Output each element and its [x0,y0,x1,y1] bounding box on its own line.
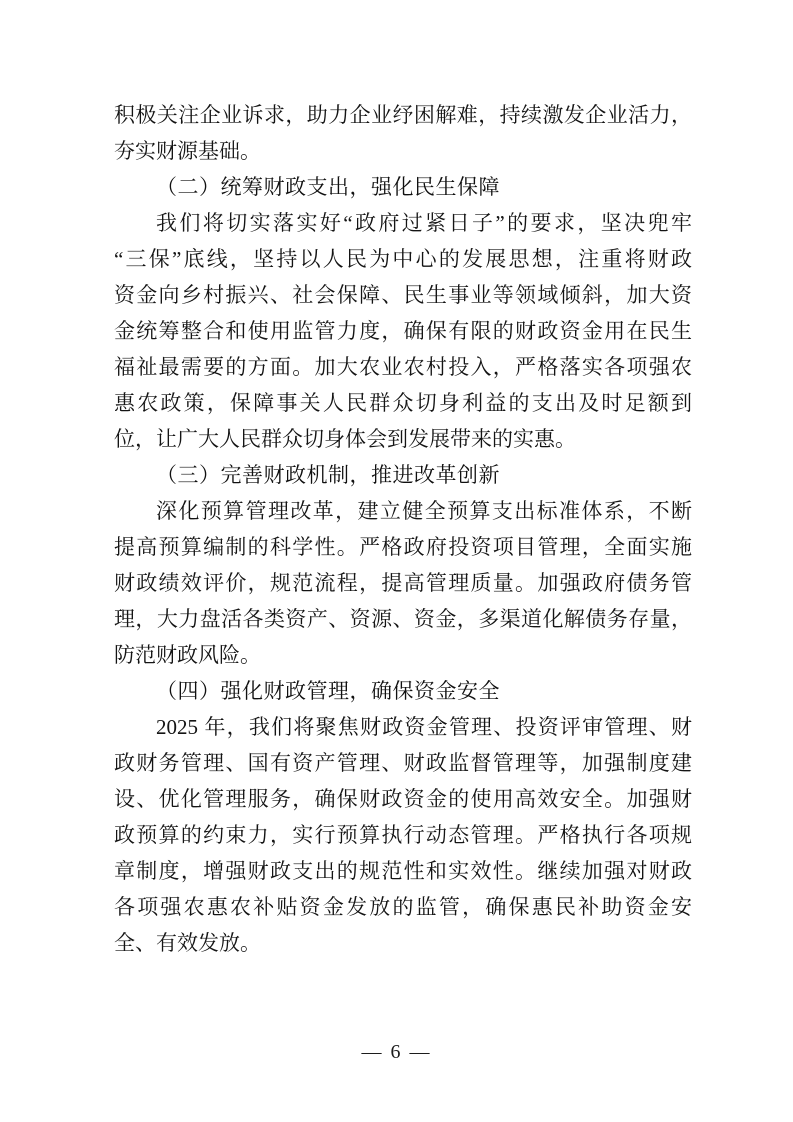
paragraph: 深化预算管理改革，建立健全预算支出标准体系，不断提高预算编制的科学性。严格政府投… [114,493,692,673]
document-body: 积极关注企业诉求，助力企业纾困解难，持续激发企业活力，夯实财源基础。（二）统筹财… [114,97,692,961]
body-text-line: 财政绩效评价，规范流程，提高管理质量。加强政府债务管 [114,565,692,601]
section-heading-text: （四）强化财政管理，确保资金安全 [114,673,692,709]
body-text-line: 提高预算编制的科学性。严格政府投资项目管理，全面实施 [114,529,692,565]
body-text-line: 金统筹整合和使用监管力度，确保有限的财政资金用在民生 [114,313,692,349]
body-text-line: 夯实财源基础。 [114,133,692,169]
body-text-line: 位，让广大人民群众切身体会到发展带来的实惠。 [114,421,692,457]
document-page: 积极关注企业诉求，助力企业纾困解难，持续激发企业活力，夯实财源基础。（二）统筹财… [0,0,793,1122]
body-text-line: 理，大力盘活各类资产、资源、资金，多渠道化解债务存量， [114,601,692,637]
body-text-line: 深化预算管理改革，建立健全预算支出标准体系，不断 [114,493,692,529]
section-heading: （三）完善财政机制，推进改革创新 [114,457,692,493]
body-text-line: 积极关注企业诉求，助力企业纾困解难，持续激发企业活力， [114,97,692,133]
section-heading: （二）统筹财政支出，强化民生保障 [114,169,692,205]
body-text-line: 资金向乡村振兴、社会保障、民生事业等领域倾斜，加大资 [114,277,692,313]
section-heading: （四）强化财政管理，确保资金安全 [114,673,692,709]
body-text-line: 我们将切实落实好“政府过紧日子”的要求，坚决兜牢 [114,205,692,241]
body-text-line: 2025 年，我们将聚焦财政资金管理、投资评审管理、财 [114,709,692,745]
body-text-line: 全、有效发放。 [114,925,692,961]
paragraph: 积极关注企业诉求，助力企业纾困解难，持续激发企业活力，夯实财源基础。 [114,97,692,169]
body-text-line: 各项强农惠农补贴资金发放的监管，确保惠民补助资金安 [114,889,692,925]
body-text-line: 设、优化管理服务，确保财政资金的使用高效安全。加强财 [114,781,692,817]
body-text-line: 章制度，增强财政支出的规范性和实效性。继续加强对财政 [114,853,692,889]
paragraph: 2025 年，我们将聚焦财政资金管理、投资评审管理、财政财务管理、国有资产管理、… [114,709,692,961]
body-text-line: 政财务管理、国有资产管理、财政监督管理等，加强制度建 [114,745,692,781]
body-text-line: 政预算的约束力，实行预算执行动态管理。严格执行各项规 [114,817,692,853]
paragraph: 我们将切实落实好“政府过紧日子”的要求，坚决兜牢“三保”底线，坚持以人民为中心的… [114,205,692,457]
body-text-line: 惠农政策，保障事关人民群众切身利益的支出及时足额到 [114,385,692,421]
section-heading-text: （二）统筹财政支出，强化民生保障 [114,169,692,205]
section-heading-text: （三）完善财政机制，推进改革创新 [114,457,692,493]
page-number: — 6 — [0,1040,793,1064]
body-text-line: 防范财政风险。 [114,637,692,673]
body-text-line: 福祉最需要的方面。加大农业农村投入，严格落实各项强农 [114,349,692,385]
body-text-line: “三保”底线，坚持以人民为中心的发展思想，注重将财政 [114,241,692,277]
